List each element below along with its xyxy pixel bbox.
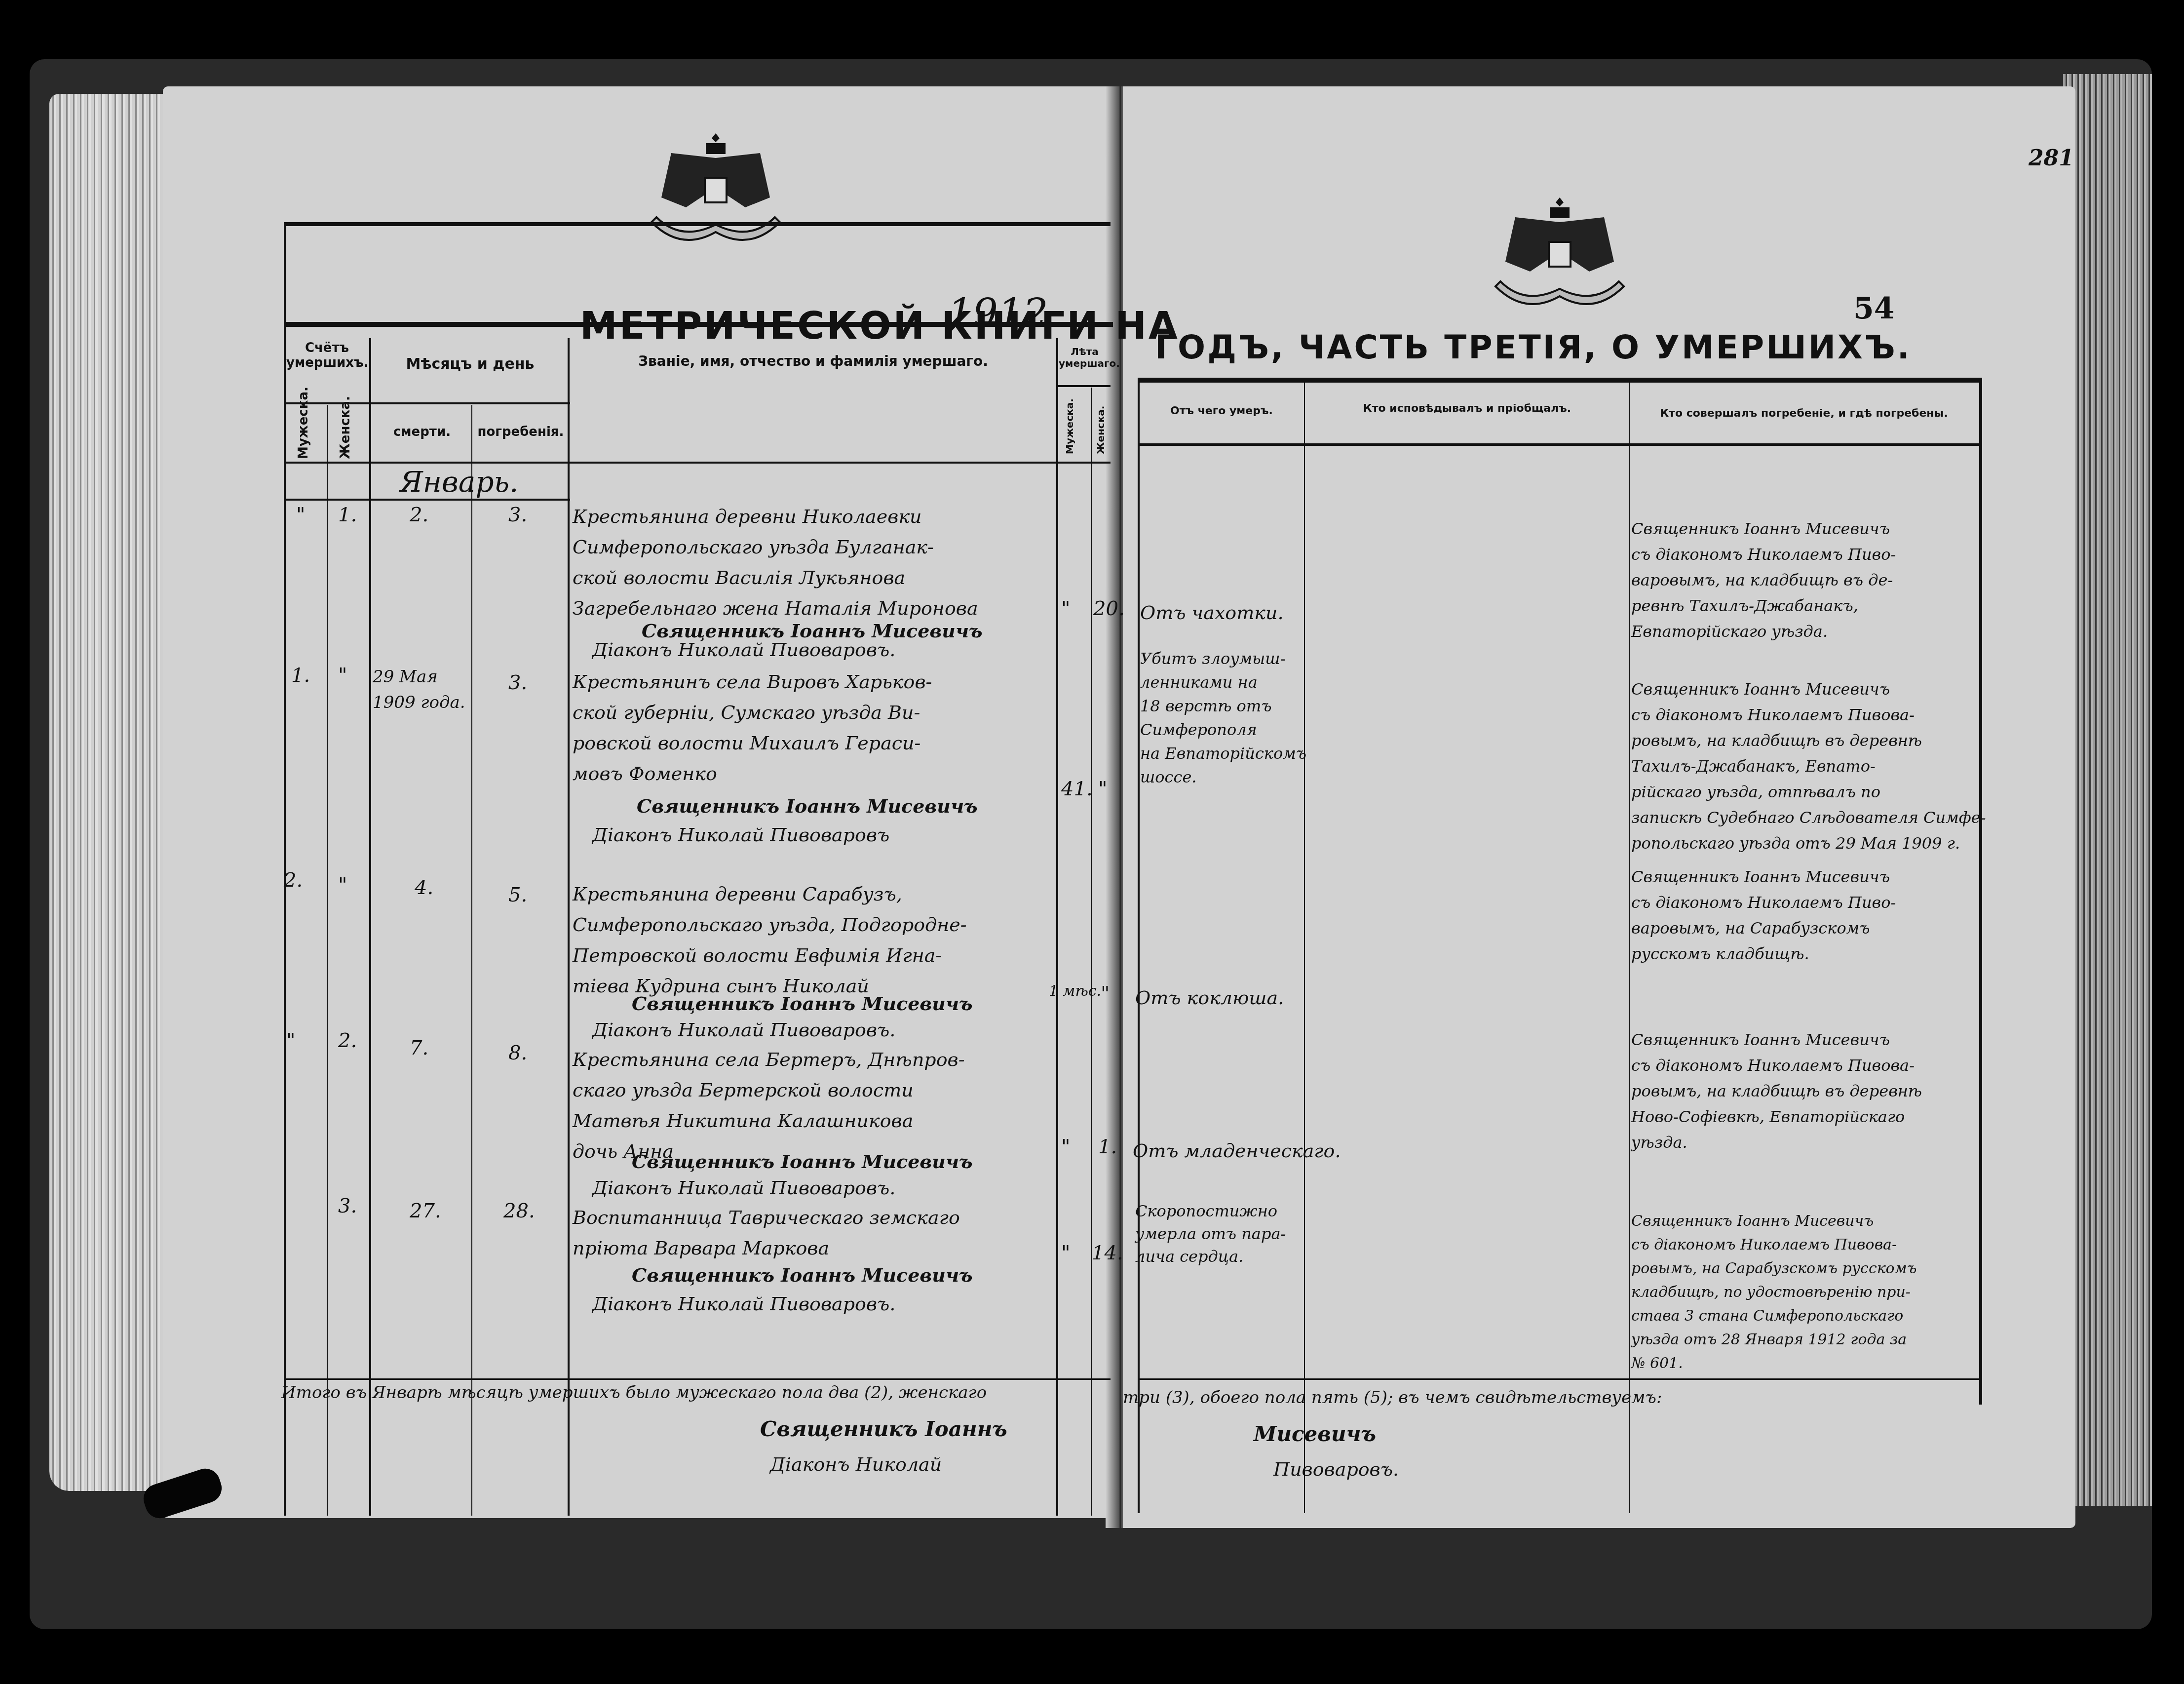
record-sign-priest: Священникъ Іоаннъ Мисевичъ	[632, 1264, 973, 1286]
vline	[1056, 338, 1058, 1516]
record-age-male: 1 мѣс.	[1049, 982, 1101, 1000]
record-name: Крестьянина деревни Николаевки Симферопо…	[573, 501, 978, 624]
record-female-no: 1.	[338, 504, 357, 526]
record-cause: Убитъ злоумыш- ленниками на 18 верстѣ от…	[1140, 647, 1306, 789]
header-bottom-rule-right	[1138, 443, 1982, 446]
record-sign-deacon: Діаконъ Николай Пивоваровъ.	[592, 1015, 895, 1045]
record-burial: Священникъ Іоаннъ Мисевичъ съ діакономъ …	[1631, 864, 1896, 967]
col-header-count-female: Женска.	[338, 405, 353, 459]
record-burial: Священникъ Іоаннъ Мисевичъ съ діакономъ …	[1631, 516, 1896, 644]
record-age-male: 41.	[1061, 778, 1093, 800]
record-burial-day: 3.	[508, 671, 527, 694]
record-sign-priest: Священникъ Іоаннъ Мисевичъ	[632, 1150, 973, 1173]
record-cause: Отъ младенческаго.	[1133, 1136, 1341, 1166]
summary-left: Итого въ Январѣ мѣсяцѣ умершихъ было муж…	[281, 1377, 987, 1408]
left-page-edges	[49, 94, 163, 1491]
vline	[327, 405, 328, 1516]
vline	[1091, 388, 1092, 1516]
summary-rule-right	[1138, 1378, 1982, 1380]
col-header-age: Лѣта умершаго.	[1059, 346, 1111, 369]
month-label: Январь.	[400, 467, 519, 497]
record-sign-deacon: Діаконъ Николай Пивоваровъ.	[592, 634, 895, 665]
summary-sign-priest-right: Мисевичъ	[1254, 1422, 1376, 1446]
imperial-eagle-emblem-right-icon	[1486, 188, 1634, 316]
record-burial: Священникъ Іоаннъ Мисевичъ съ діакономъ …	[1631, 1210, 1917, 1375]
record-cause: Отъ коклюша.	[1135, 982, 1284, 1013]
title-right: ГОДЪ, ЧАСТЬ ТРЕТІЯ, О УМЕРШИХЪ.	[1155, 328, 1912, 366]
record-burial: Священникъ Іоаннъ Мисевичъ съ діакономъ …	[1631, 676, 1986, 856]
record-age-female: "	[1101, 982, 1110, 1005]
vline	[369, 338, 371, 1516]
col-header-age-male: Мужеска.	[1064, 395, 1075, 454]
record-sign-priest: Священникъ Іоаннъ Мисевичъ	[637, 795, 978, 817]
col-header-count-male: Мужеска.	[296, 405, 311, 459]
folio-number: 281	[2029, 146, 2074, 171]
record-burial: Священникъ Іоаннъ Мисевичъ съ діакономъ …	[1631, 1027, 1922, 1155]
summary-sign-deacon-left: Діаконъ Николай	[770, 1449, 942, 1480]
record-burial-day: 28.	[503, 1200, 535, 1222]
col-header-name: Званіе, имя, отчество и фамилія умершаго…	[573, 353, 1054, 369]
record-age-female: 20.	[1093, 597, 1125, 620]
summary-sign-priest-left: Священникъ Іоаннъ	[760, 1417, 1007, 1441]
imperial-eagle-emblem-icon	[642, 123, 790, 252]
record-death-day: 29 Мая 1909 года.	[373, 664, 465, 715]
record-age-male: "	[1061, 1242, 1070, 1264]
right-page-edges	[2063, 74, 2152, 1506]
record-name: Воспитанница Таврическаго земскаго пріют…	[573, 1202, 960, 1263]
record-male-no: "	[286, 1029, 295, 1052]
record-burial-day: 5.	[508, 884, 527, 906]
col-header-burial: Кто совершалъ погребеніе, и гдѣ погребен…	[1631, 407, 1977, 420]
record-female-no: 3.	[338, 1195, 357, 1217]
record-age-female: "	[1098, 778, 1107, 800]
vline	[1629, 383, 1630, 1513]
subheader-rule-age	[1056, 385, 1111, 387]
header-bottom-rule-left	[284, 462, 1111, 464]
record-sign-deacon: Діаконъ Николай Пивоваровъ.	[592, 1289, 895, 1319]
record-name: Крестьянинъ села Вировъ Харьков- ской гу…	[573, 666, 932, 789]
record-death-day: 27.	[410, 1200, 441, 1222]
col-header-date: Мѣсяцъ и день	[375, 355, 565, 373]
record-female-no: "	[338, 664, 347, 687]
record-death-day: 4.	[415, 876, 433, 899]
record-sign-priest: Священникъ Іоаннъ Мисевичъ	[632, 992, 973, 1015]
vline	[1304, 383, 1305, 1513]
record-name: Крестьянина деревни Сарабузъ, Симферопол…	[573, 879, 967, 1001]
title-year: 1912	[948, 291, 1048, 336]
record-sign-deacon: Діаконъ Николай Пивоваровъ	[592, 820, 889, 850]
record-burial-day: 3.	[508, 504, 527, 526]
vline	[471, 405, 472, 1516]
vline	[568, 338, 570, 1516]
col-header-count: Счётъ умершихъ.	[286, 341, 368, 370]
record-age-male: "	[1061, 1136, 1070, 1158]
col-header-burial-date: погребенія.	[474, 425, 568, 439]
record-burial-day: 8.	[508, 1042, 527, 1064]
vline	[1979, 378, 1982, 1405]
record-age-male: "	[1061, 597, 1070, 620]
col-header-age-female: Женска.	[1095, 395, 1107, 454]
col-header-cause: Отъ чего умеръ.	[1140, 405, 1303, 417]
col-header-death: смерти.	[375, 425, 469, 439]
record-female-no: 2.	[338, 1029, 357, 1052]
summary-right: три (3), обоего пола пять (5); въ чемъ с…	[1123, 1382, 1662, 1413]
summary-sign-deacon-right: Пивоваровъ.	[1273, 1454, 1399, 1485]
record-sign-deacon: Діаконъ Николай Пивоваровъ.	[592, 1173, 895, 1203]
record-female-no: "	[338, 874, 347, 897]
col-header-confessor: Кто исповѣдывалъ и пріобщалъ.	[1308, 402, 1626, 415]
vline	[1138, 378, 1140, 1513]
record-cause: Скоропостижно умерла отъ пара- лича серд…	[1135, 1200, 1286, 1268]
record-death-day: 2.	[410, 504, 428, 526]
record-male-no: 2.	[284, 869, 303, 892]
record-cause: Отъ чахотки.	[1140, 597, 1283, 628]
record-male-no: "	[296, 504, 305, 526]
record-death-day: 7.	[410, 1037, 428, 1059]
record-male-no: 1.	[291, 664, 310, 687]
page-number: 54	[1853, 291, 1895, 326]
header-rule-right	[1138, 378, 1982, 383]
record-age-female: 1.	[1098, 1136, 1117, 1158]
subheader-rule	[284, 402, 570, 404]
top-rule-left	[284, 222, 1111, 226]
record-name: Крестьянина села Бертеръ, Днѣпров- скаго…	[573, 1044, 965, 1167]
record-age-female: 14.	[1092, 1242, 1123, 1264]
header-rule-left	[284, 322, 1113, 327]
